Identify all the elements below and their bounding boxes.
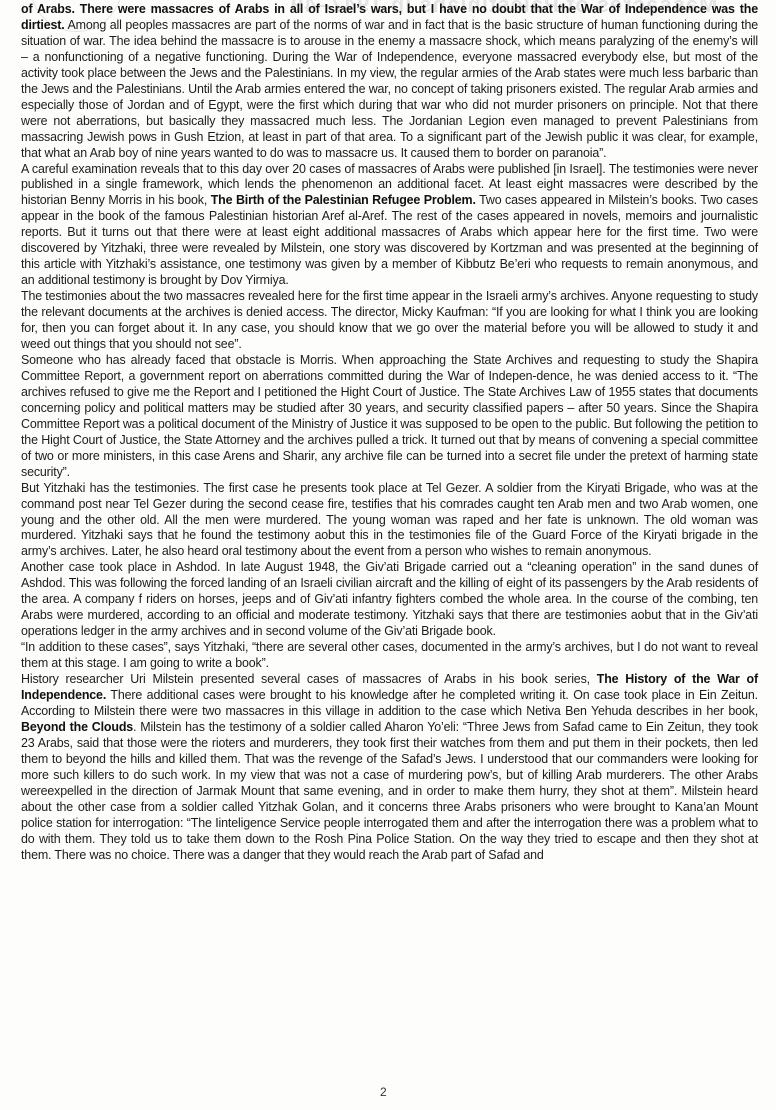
bold-text-run: Beyond the Clouds <box>21 720 133 734</box>
paragraph: “In addition to these cases”, says Yitzh… <box>21 640 758 672</box>
paragraph: A careful examination reveals that to th… <box>21 162 758 290</box>
text-run: History researcher Uri Milstein presente… <box>21 672 597 686</box>
text-run: “In addition to these cases”, says Yitzh… <box>21 640 758 670</box>
paragraph: History researcher Uri Milstein presente… <box>21 672 758 863</box>
text-run: Another case took place in Ashdod. In la… <box>21 560 758 638</box>
text-run: Two cases appeared in Milstein’s books. … <box>21 193 758 287</box>
text-run: There additional cases were brought to h… <box>21 688 758 718</box>
bold-text-run: The Birth of the Palestinian Refugee Pro… <box>211 193 476 207</box>
text-run: The testimonies about the two massacres … <box>21 289 758 351</box>
paragraph: Another case took place in Ashdod. In la… <box>21 560 758 640</box>
paragraph: The testimonies about the two massacres … <box>21 289 758 353</box>
paragraph: of Arabs. There were massacres of Arabs … <box>21 2 758 162</box>
text-run: But Yitzhaki has the testimonies. The fi… <box>21 481 758 559</box>
paragraph: But Yitzhaki has the testimonies. The fi… <box>21 481 758 561</box>
page-number: 2 <box>380 1085 387 1099</box>
document-body: of Arabs. There were massacres of Arabs … <box>21 2 758 863</box>
text-run: Among all peoples massacres are part of … <box>21 18 758 160</box>
text-run: Someone who has already faced that obsta… <box>21 353 758 479</box>
text-run: . Milstein has the testimony of a soldie… <box>21 720 758 862</box>
paragraph: Someone who has already faced that obsta… <box>21 353 758 481</box>
